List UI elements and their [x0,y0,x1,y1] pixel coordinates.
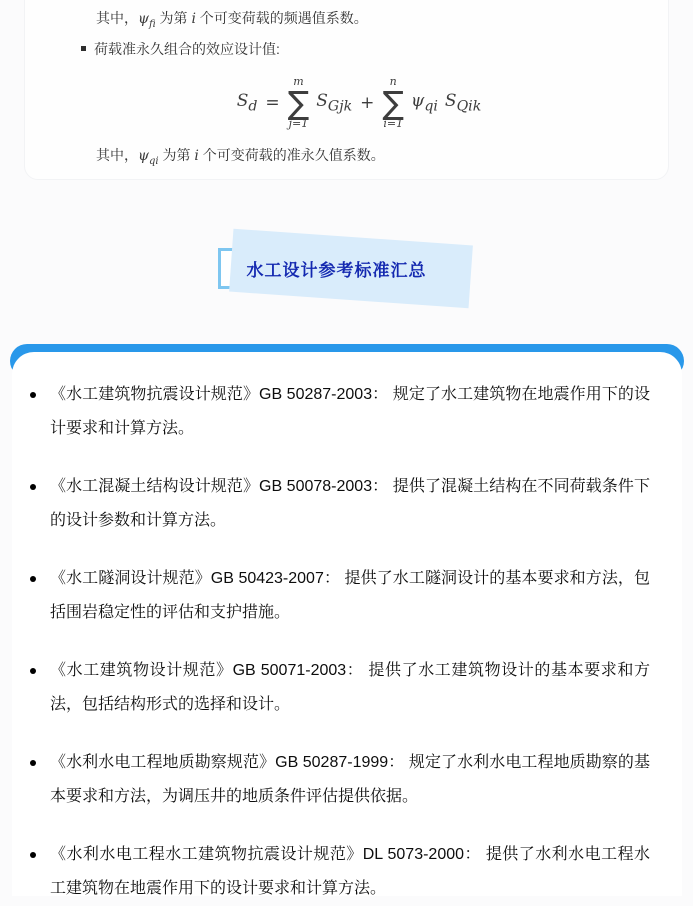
section-title: 水工设计参考标准汇总 [247,261,427,280]
note1-mid: 为第 [156,10,192,26]
equals-sign: = [264,93,280,113]
note2-prefix: 其中， [96,147,138,163]
standard-text: 《水利水电工程地质勘察规范》GB 50287-1999： 规定了水利水电工程地质… [50,754,650,805]
standards-section: 《水工建筑物抗震设计规范》GB 50287-2003： 规定了水工建筑物在地震作… [10,344,684,892]
note-quasi-permanent-coefficient: 其中，ψqi 为第 i 个可变荷载的准永久值系数。 [96,144,622,173]
design-value-formula: Sd = m ∑ j=1 SGjk + n ∑ i=1 ψqi SQik [96,72,622,134]
standard-text: 《水利水电工程水工建筑物抗震设计规范》DL 5073-2000： 提供了水利水电… [50,846,650,892]
standard-text: 《水工建筑物设计规范》GB 50071-2003： 提供了水工建筑物设计的基本要… [50,662,650,713]
list-item: 《水利水电工程水工建筑物抗震设计规范》DL 5073-2000： 提供了水利水电… [22,838,650,892]
note2-mid: 为第 [159,147,195,163]
psi-qi-symbol: ψqi [138,148,159,164]
sum-variable-loads: n ∑ i=1 [382,76,404,130]
note1-suffix: 个可变荷载的频遇值系数。 [196,10,368,26]
standards-card: 《水工建筑物抗震设计规范》GB 50287-2003： 规定了水工建筑物在地震作… [12,352,682,892]
note1-prefix: 其中， [96,10,138,26]
note-frequent-coefficient: 其中，ψfi 为第 i 个可变荷载的频遇值系数。 [96,7,622,36]
list-item: 《水工隧洞设计规范》GB 50423-2007： 提供了水工隧洞设计的基本要求和… [22,562,650,630]
sum2-lower-limit: i=1 [383,118,403,130]
standard-text: 《水工混凝土结构设计规范》GB 50078-2003： 提供了混凝土结构在不同荷… [50,478,650,529]
standard-text: 《水工隧洞设计规范》GB 50423-2007： 提供了水工隧洞设计的基本要求和… [50,570,650,621]
list-item: 《水工建筑物抗震设计规范》GB 50287-2003： 规定了水工建筑物在地震作… [22,378,650,446]
standards-list: 《水工建筑物抗震设计规范》GB 50287-2003： 规定了水工建筑物在地震作… [22,378,650,892]
term-psi-qi: ψqi [411,91,438,114]
bullet-dot-icon [30,668,36,674]
square-bullet-icon [81,46,86,51]
section-badge-row: 水工设计参考标准汇总 [0,248,693,289]
bullet-dot-icon [30,852,36,858]
section-title-badge: 水工设计参考标准汇总 [218,248,456,289]
note2-suffix: 个可变荷载的准永久值系数。 [199,147,385,163]
standard-text: 《水工建筑物抗震设计规范》GB 50287-2003： 规定了水工建筑物在地震作… [50,386,650,437]
bullet-dot-icon [30,760,36,766]
list-item: 《水工建筑物设计规范》GB 50071-2003： 提供了水工建筑物设计的基本要… [22,654,650,722]
quasi-permanent-bullet-line: 荷载准永久组合的效应设计值: [96,38,622,60]
psi-fi-symbol: ψfi [138,11,156,27]
plus-sign: + [359,93,375,113]
formula-card: 其中，ψfi 为第 i 个可变荷载的频遇值系数。 荷载准永久组合的效应设计值: … [24,0,669,180]
sigma-icon: ∑ [382,88,404,118]
sum-permanent-loads: m ∑ j=1 [288,76,310,130]
list-item: 《水工混凝土结构设计规范》GB 50078-2003： 提供了混凝土结构在不同荷… [22,470,650,538]
term-sqik: SQik [445,91,481,114]
list-item: 《水利水电工程地质勘察规范》GB 50287-1999： 规定了水利水电工程地质… [22,746,650,814]
formula-lhs: Sd [237,91,258,114]
bullet-dot-icon [30,576,36,582]
bullet-text: 荷载准永久组合的效应设计值: [94,38,280,60]
bullet-dot-icon [30,484,36,490]
sum1-lower-limit: j=1 [289,118,309,130]
term-sgjk: SGjk [316,91,352,114]
bullet-dot-icon [30,392,36,398]
sigma-icon: ∑ [288,88,310,118]
